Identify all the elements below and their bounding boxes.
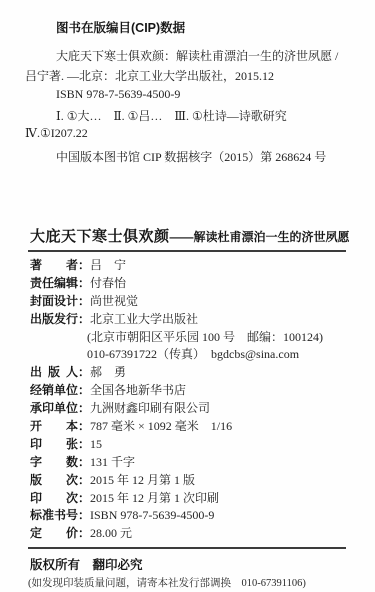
cip-isbn-line: ISBN 978-7-5639-4500-9 [56, 87, 180, 102]
book-title: 大庇天下寒士俱欢颜——解读杜甫漂泊一生的济世夙愿 [30, 225, 350, 246]
cip-header: 图书在版编目(CIP)数据 [56, 18, 185, 36]
info-colon: ： [78, 276, 90, 290]
info-label: 版次 [30, 472, 78, 490]
info-row-format: 开本：787 毫米 × 1092 毫米 1/16 [30, 418, 357, 436]
cip-record-number-line: 中国版本图书馆 CIP 数据核字（2015）第 268624 号 [56, 148, 326, 165]
info-colon: ： [78, 473, 90, 487]
info-value: 尚世视觉 [90, 294, 138, 308]
info-label: 封面设计 [30, 293, 78, 311]
cip-title-line: 大庇天下寒士俱欢颜：解读杜甫漂泊一生的济世夙愿 / [56, 47, 338, 64]
info-colon: ： [78, 455, 90, 469]
info-value: 2015 年 12 月第 1 次印刷 [90, 491, 219, 505]
info-row-cover-design: 封面设计：尚世视觉 [30, 293, 357, 311]
quality-notice: (如发现印装质量问题，请寄本社发行部调换 010-67391106) [28, 575, 306, 590]
info-value: 北京工业大学出版社 [90, 312, 198, 326]
cip-author-line: 吕宁著. —北京：北京工业大学出版社，2015.12 [25, 67, 274, 84]
info-row-editor: 责任编辑：付春怡 [30, 275, 357, 293]
info-value: 吕 宁 [90, 258, 126, 272]
info-colon: ： [78, 526, 90, 540]
info-label: 标准书号 [30, 507, 78, 525]
info-colon: ： [78, 508, 90, 522]
book-title-main: 大庇天下寒士俱欢颜 [30, 228, 170, 245]
info-label: 印次 [30, 490, 78, 508]
info-value: 28.00 元 [90, 526, 132, 540]
info-value: 131 千字 [90, 455, 135, 469]
info-colon: ： [78, 365, 90, 379]
info-value: 九洲财鑫印刷有限公司 [90, 401, 210, 415]
info-row-printing: 印次：2015 年 12 月第 1 次印刷 [30, 490, 357, 508]
cip-classification-line-2: Ⅳ.①I207.22 [25, 126, 88, 141]
info-label: 出版发行 [30, 311, 78, 329]
info-label: 定价 [30, 525, 78, 543]
info-label: 责任编辑 [30, 275, 78, 293]
info-value: 付春怡 [90, 276, 126, 290]
cip-classification-line-1: Ⅰ. ①大… Ⅱ. ①吕… Ⅲ. ①杜诗—诗歌研究 [56, 107, 287, 124]
divider-top [28, 250, 346, 252]
info-colon: ： [78, 312, 90, 326]
info-row-distributor: 经销单位：全国各地新华书店 [30, 382, 357, 400]
info-row-sheets: 印张：15 [30, 436, 357, 454]
info-value: 010-67391722（传真） bgdcbs@sina.com [87, 347, 299, 361]
info-row-word-count: 字数：131 千字 [30, 454, 357, 472]
info-row-publisher: 出版发行：北京工业大学出版社 [30, 311, 357, 329]
info-colon: ： [78, 437, 90, 451]
book-copyright-page: { "page": { "cip": { "header": "图书在版编目(C… [0, 0, 375, 592]
publication-info-list: 著者：吕 宁 责任编辑：付春怡 封面设计：尚世视觉 出版发行：北京工业大学出版社… [30, 257, 357, 543]
info-value: 郝 勇 [90, 365, 126, 379]
info-colon: ： [78, 258, 90, 272]
info-value: 787 毫米 × 1092 毫米 1/16 [90, 419, 232, 433]
info-colon: ： [78, 491, 90, 505]
info-row-printer: 承印单位：九洲财鑫印刷有限公司 [30, 400, 357, 418]
info-label: 经销单位 [30, 382, 78, 400]
info-label: 出版人 [30, 364, 78, 382]
info-colon: ： [78, 294, 90, 308]
info-row-author: 著者：吕 宁 [30, 257, 357, 275]
info-label: 印张 [30, 436, 78, 454]
info-value: ISBN 978-7-5639-4500-9 [90, 508, 214, 522]
info-value: 15 [90, 437, 102, 451]
info-label: 开本 [30, 418, 78, 436]
info-row-phone-email: 010-67391722（传真） bgdcbs@sina.com [30, 346, 357, 364]
info-row-publisher-person: 出版人：郝 勇 [30, 364, 357, 382]
copyright-notice: 版权所有 翻印必究 [30, 555, 143, 573]
info-row-standard-isbn: 标准书号：ISBN 978-7-5639-4500-9 [30, 507, 357, 525]
info-label: 承印单位 [30, 400, 78, 418]
info-colon: ： [78, 401, 90, 415]
info-label: 字数 [30, 454, 78, 472]
info-label: 著者 [30, 257, 78, 275]
info-value: 2015 年 12 月第 1 版 [90, 473, 195, 487]
divider-bottom [28, 547, 346, 549]
info-value: (北京市朝阳区平乐园 100 号 邮编：100124) [87, 330, 323, 344]
info-colon: ： [78, 419, 90, 433]
info-value: 全国各地新华书店 [90, 383, 186, 397]
info-colon: ： [78, 383, 90, 397]
book-title-subtitle: ——解读杜甫漂泊一生的济世夙愿 [170, 230, 350, 244]
info-row-address: (北京市朝阳区平乐园 100 号 邮编：100124) [30, 329, 357, 347]
info-row-edition: 版次：2015 年 12 月第 1 版 [30, 472, 357, 490]
info-row-price: 定价：28.00 元 [30, 525, 357, 543]
